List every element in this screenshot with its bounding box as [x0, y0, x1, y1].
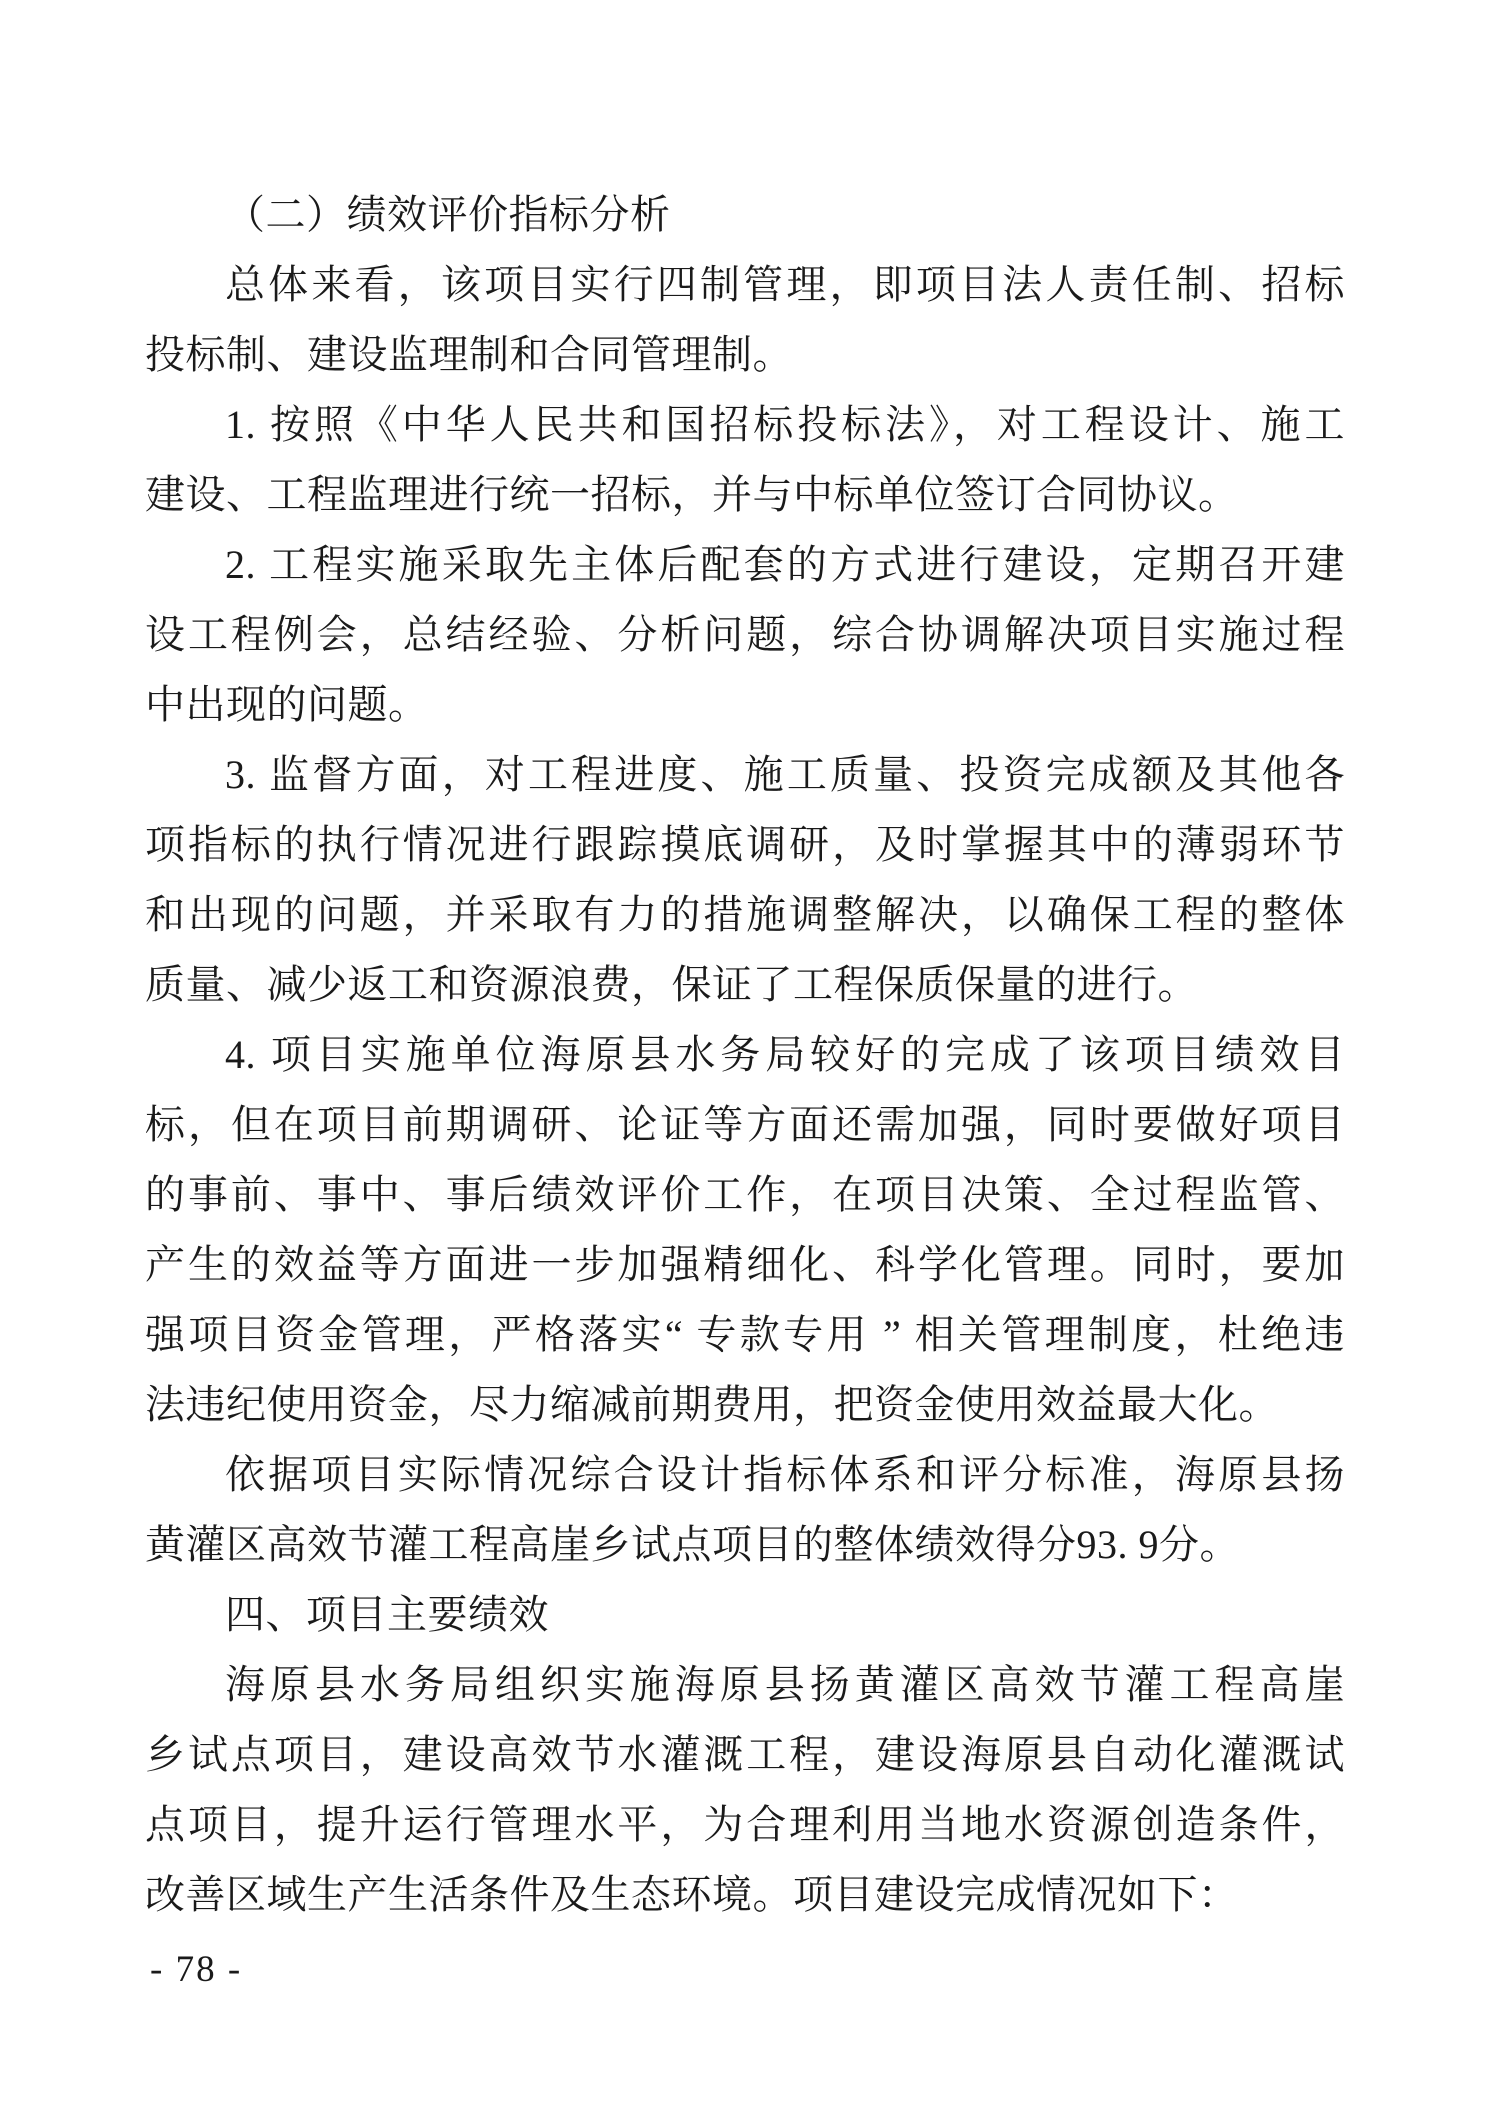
page-number: - 78 -: [150, 1948, 242, 1992]
text-line: 标，但在项目前期调研、论证等方面还需加强，同时要做好项目: [145, 1090, 1345, 1160]
text-line: 质量、减少返工和资源浪费，保证了工程保质保量的进行。: [145, 950, 1345, 1020]
text-line: 项指标的执行情况进行跟踪摸底调研，及时掌握其中的薄弱环节: [145, 810, 1345, 880]
text-line: 产生的效益等方面进一步加强精细化、科学化管理。同时，要加: [145, 1230, 1345, 1300]
text-line: 投标制、建设监理制和合同管理制。: [145, 320, 1345, 390]
text-line: 2. 工程实施采取先主体后配套的方式进行建设，定期召开建: [145, 530, 1345, 600]
text-line: 依据项目实际情况综合设计指标体系和评分标准，海原县扬: [145, 1440, 1345, 1510]
text-line: 黄灌区高效节灌工程高崖乡试点项目的整体绩效得分93. 9分。: [145, 1510, 1345, 1580]
text-line: 总体来看，该项目实行四制管理，即项目法人责任制、招标: [145, 250, 1345, 320]
document-body: （二）绩效评价指标分析 总体来看，该项目实行四制管理，即项目法人责任制、招标 投…: [145, 180, 1345, 1930]
text-line: 强项目资金管理，严格落实“ 专款专用 ” 相关管理制度，杜绝违: [145, 1300, 1345, 1370]
text-line: （二）绩效评价指标分析: [145, 180, 1345, 250]
text-line: 1. 按照《中华人民共和国招标投标法》，对工程设计、施工: [145, 390, 1345, 460]
paragraph-item-2: 2. 工程实施采取先主体后配套的方式进行建设，定期召开建 设工程例会，总结经验、…: [145, 530, 1345, 740]
text-line: 海原县水务局组织实施海原县扬黄灌区高效节灌工程高崖: [145, 1650, 1345, 1720]
text-line: 设工程例会，总结经验、分析问题，综合协调解决项目实施过程: [145, 600, 1345, 670]
section-heading-4: 四、项目主要绩效: [145, 1580, 1345, 1650]
text-line: 中出现的问题。: [145, 670, 1345, 740]
paragraph-score: 依据项目实际情况综合设计指标体系和评分标准，海原县扬 黄灌区高效节灌工程高崖乡试…: [145, 1440, 1345, 1580]
text-line: 四、项目主要绩效: [145, 1580, 1345, 1650]
text-line: 3. 监督方面，对工程进度、施工质量、投资完成额及其他各: [145, 740, 1345, 810]
paragraph-item-1: 1. 按照《中华人民共和国招标投标法》，对工程设计、施工 建设、工程监理进行统一…: [145, 390, 1345, 530]
text-line: 改善区域生产生活条件及生态环境。项目建设完成情况如下：: [145, 1860, 1345, 1930]
paragraph-main-performance: 海原县水务局组织实施海原县扬黄灌区高效节灌工程高崖 乡试点项目，建设高效节水灌溉…: [145, 1650, 1345, 1930]
text-line: 建设、工程监理进行统一招标，并与中标单位签订合同协议。: [145, 460, 1345, 530]
paragraph-item-3: 3. 监督方面，对工程进度、施工质量、投资完成额及其他各 项指标的执行情况进行跟…: [145, 740, 1345, 1020]
section-heading-2: （二）绩效评价指标分析: [145, 180, 1345, 250]
paragraph-item-4: 4. 项目实施单位海原县水务局较好的完成了该项目绩效目 标，但在项目前期调研、论…: [145, 1020, 1345, 1440]
text-line: 点项目，提升运行管理水平，为合理利用当地水资源创造条件，: [145, 1790, 1345, 1860]
text-line: 和出现的问题，并采取有力的措施调整解决，以确保工程的整体: [145, 880, 1345, 950]
paragraph-overview: 总体来看，该项目实行四制管理，即项目法人责任制、招标 投标制、建设监理制和合同管…: [145, 250, 1345, 390]
text-line: 法违纪使用资金，尽力缩减前期费用，把资金使用效益最大化。: [145, 1370, 1345, 1440]
text-line: 4. 项目实施单位海原县水务局较好的完成了该项目绩效目: [145, 1020, 1345, 1090]
document-page: （二）绩效评价指标分析 总体来看，该项目实行四制管理，即项目法人责任制、招标 投…: [0, 0, 1488, 2104]
text-line: 的事前、事中、事后绩效评价工作，在项目决策、全过程监管、: [145, 1160, 1345, 1230]
text-line: 乡试点项目，建设高效节水灌溉工程，建设海原县自动化灌溉试: [145, 1720, 1345, 1790]
